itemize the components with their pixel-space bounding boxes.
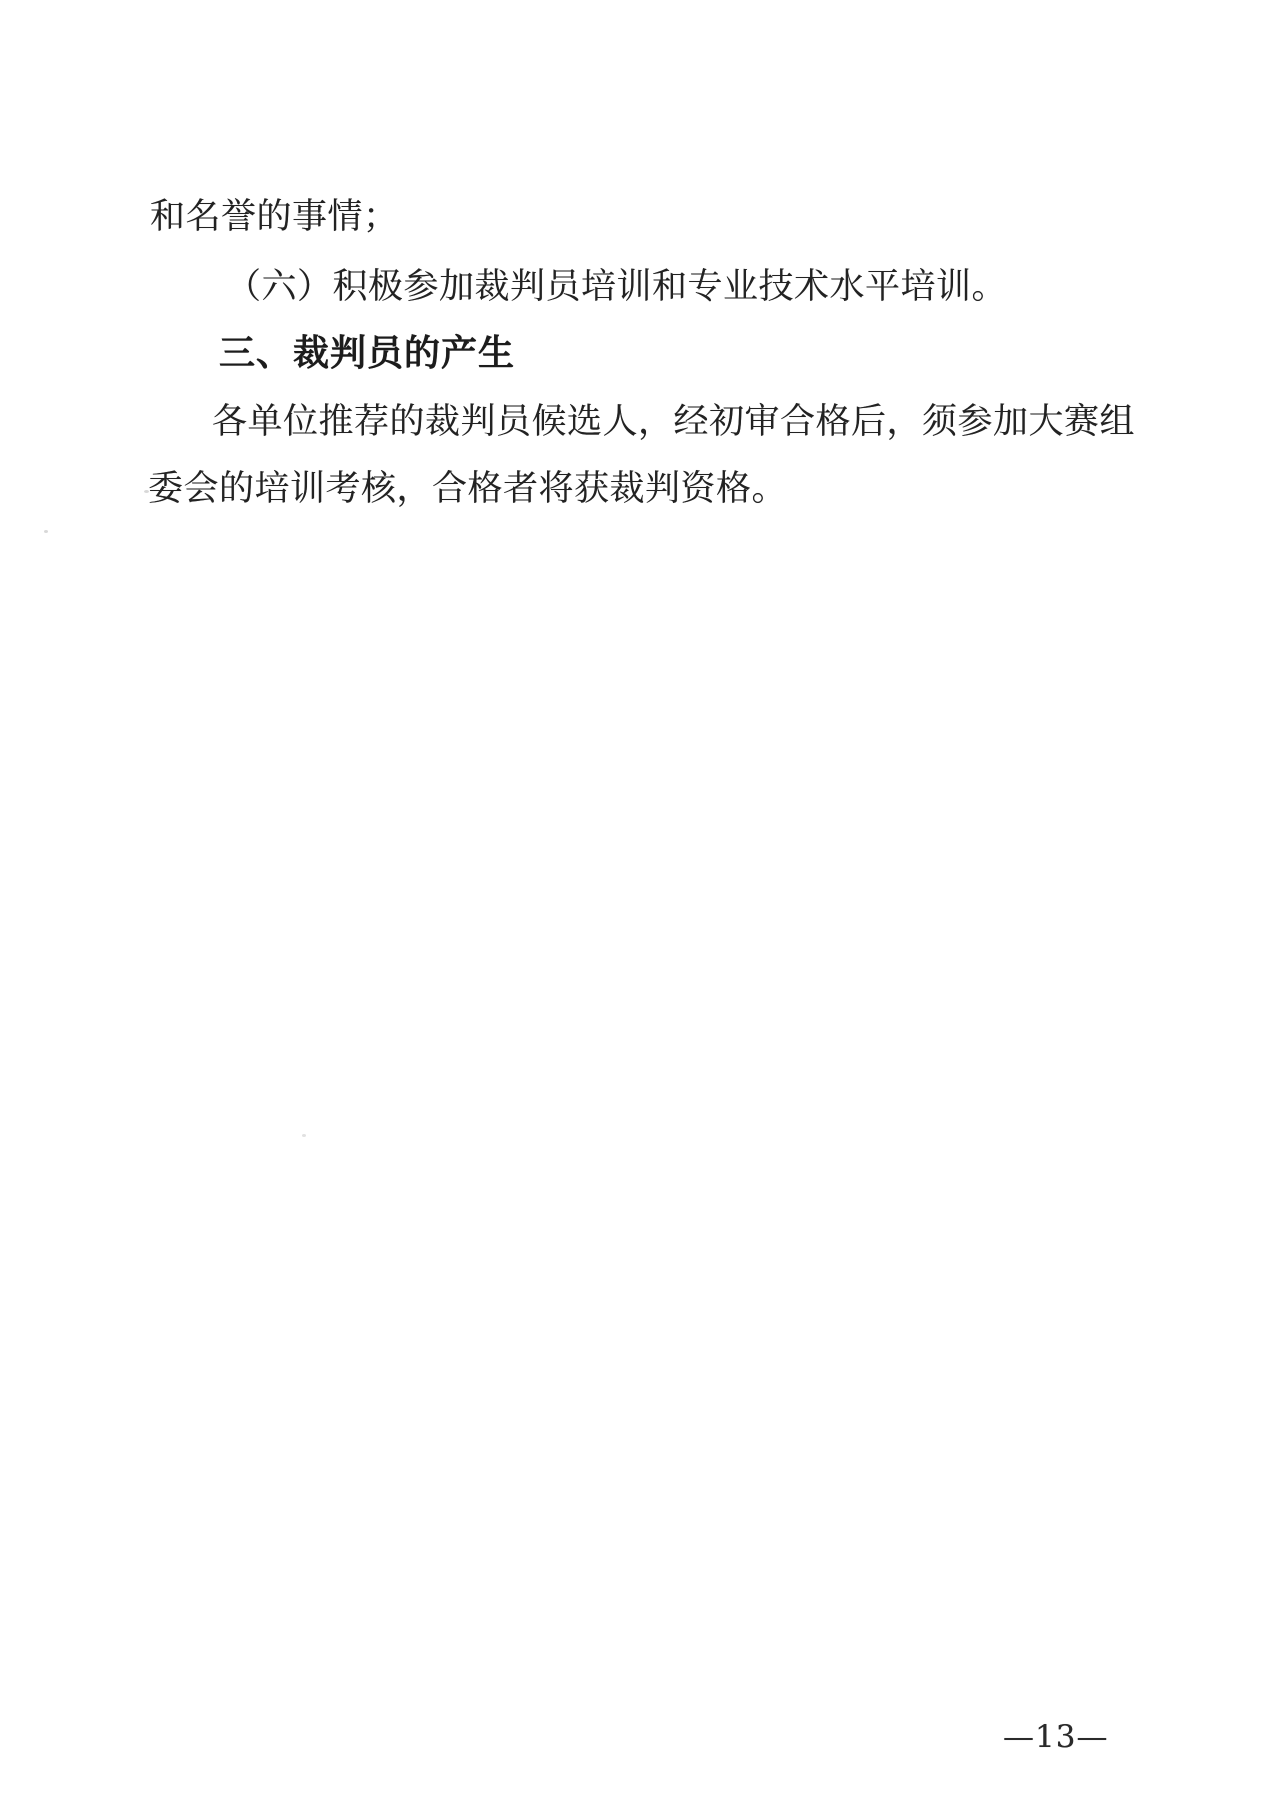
document-page: 和名誉的事情； （六）积极参加裁判员培训和专业技术水平培训。 三、裁判员的产生 … <box>0 0 1280 1809</box>
scan-speck <box>44 530 48 533</box>
page-number: —13— <box>1003 1722 1108 1753</box>
section-heading: 三、裁判员的产生 <box>219 336 515 372</box>
scan-speck <box>144 490 149 493</box>
paragraph-continuation-line: 和名誉的事情； <box>150 200 399 235</box>
body-paragraph-line-2: 委会的培训考核，合格者将获裁判资格。 <box>148 472 787 507</box>
list-item-six: （六）积极参加裁判员培训和专业技术水平培训。 <box>226 270 1007 305</box>
scan-speck <box>302 1134 306 1137</box>
body-paragraph-line-1: 各单位推荐的裁判员候选人，经初审合格后，须参加大赛组 <box>212 405 1135 440</box>
